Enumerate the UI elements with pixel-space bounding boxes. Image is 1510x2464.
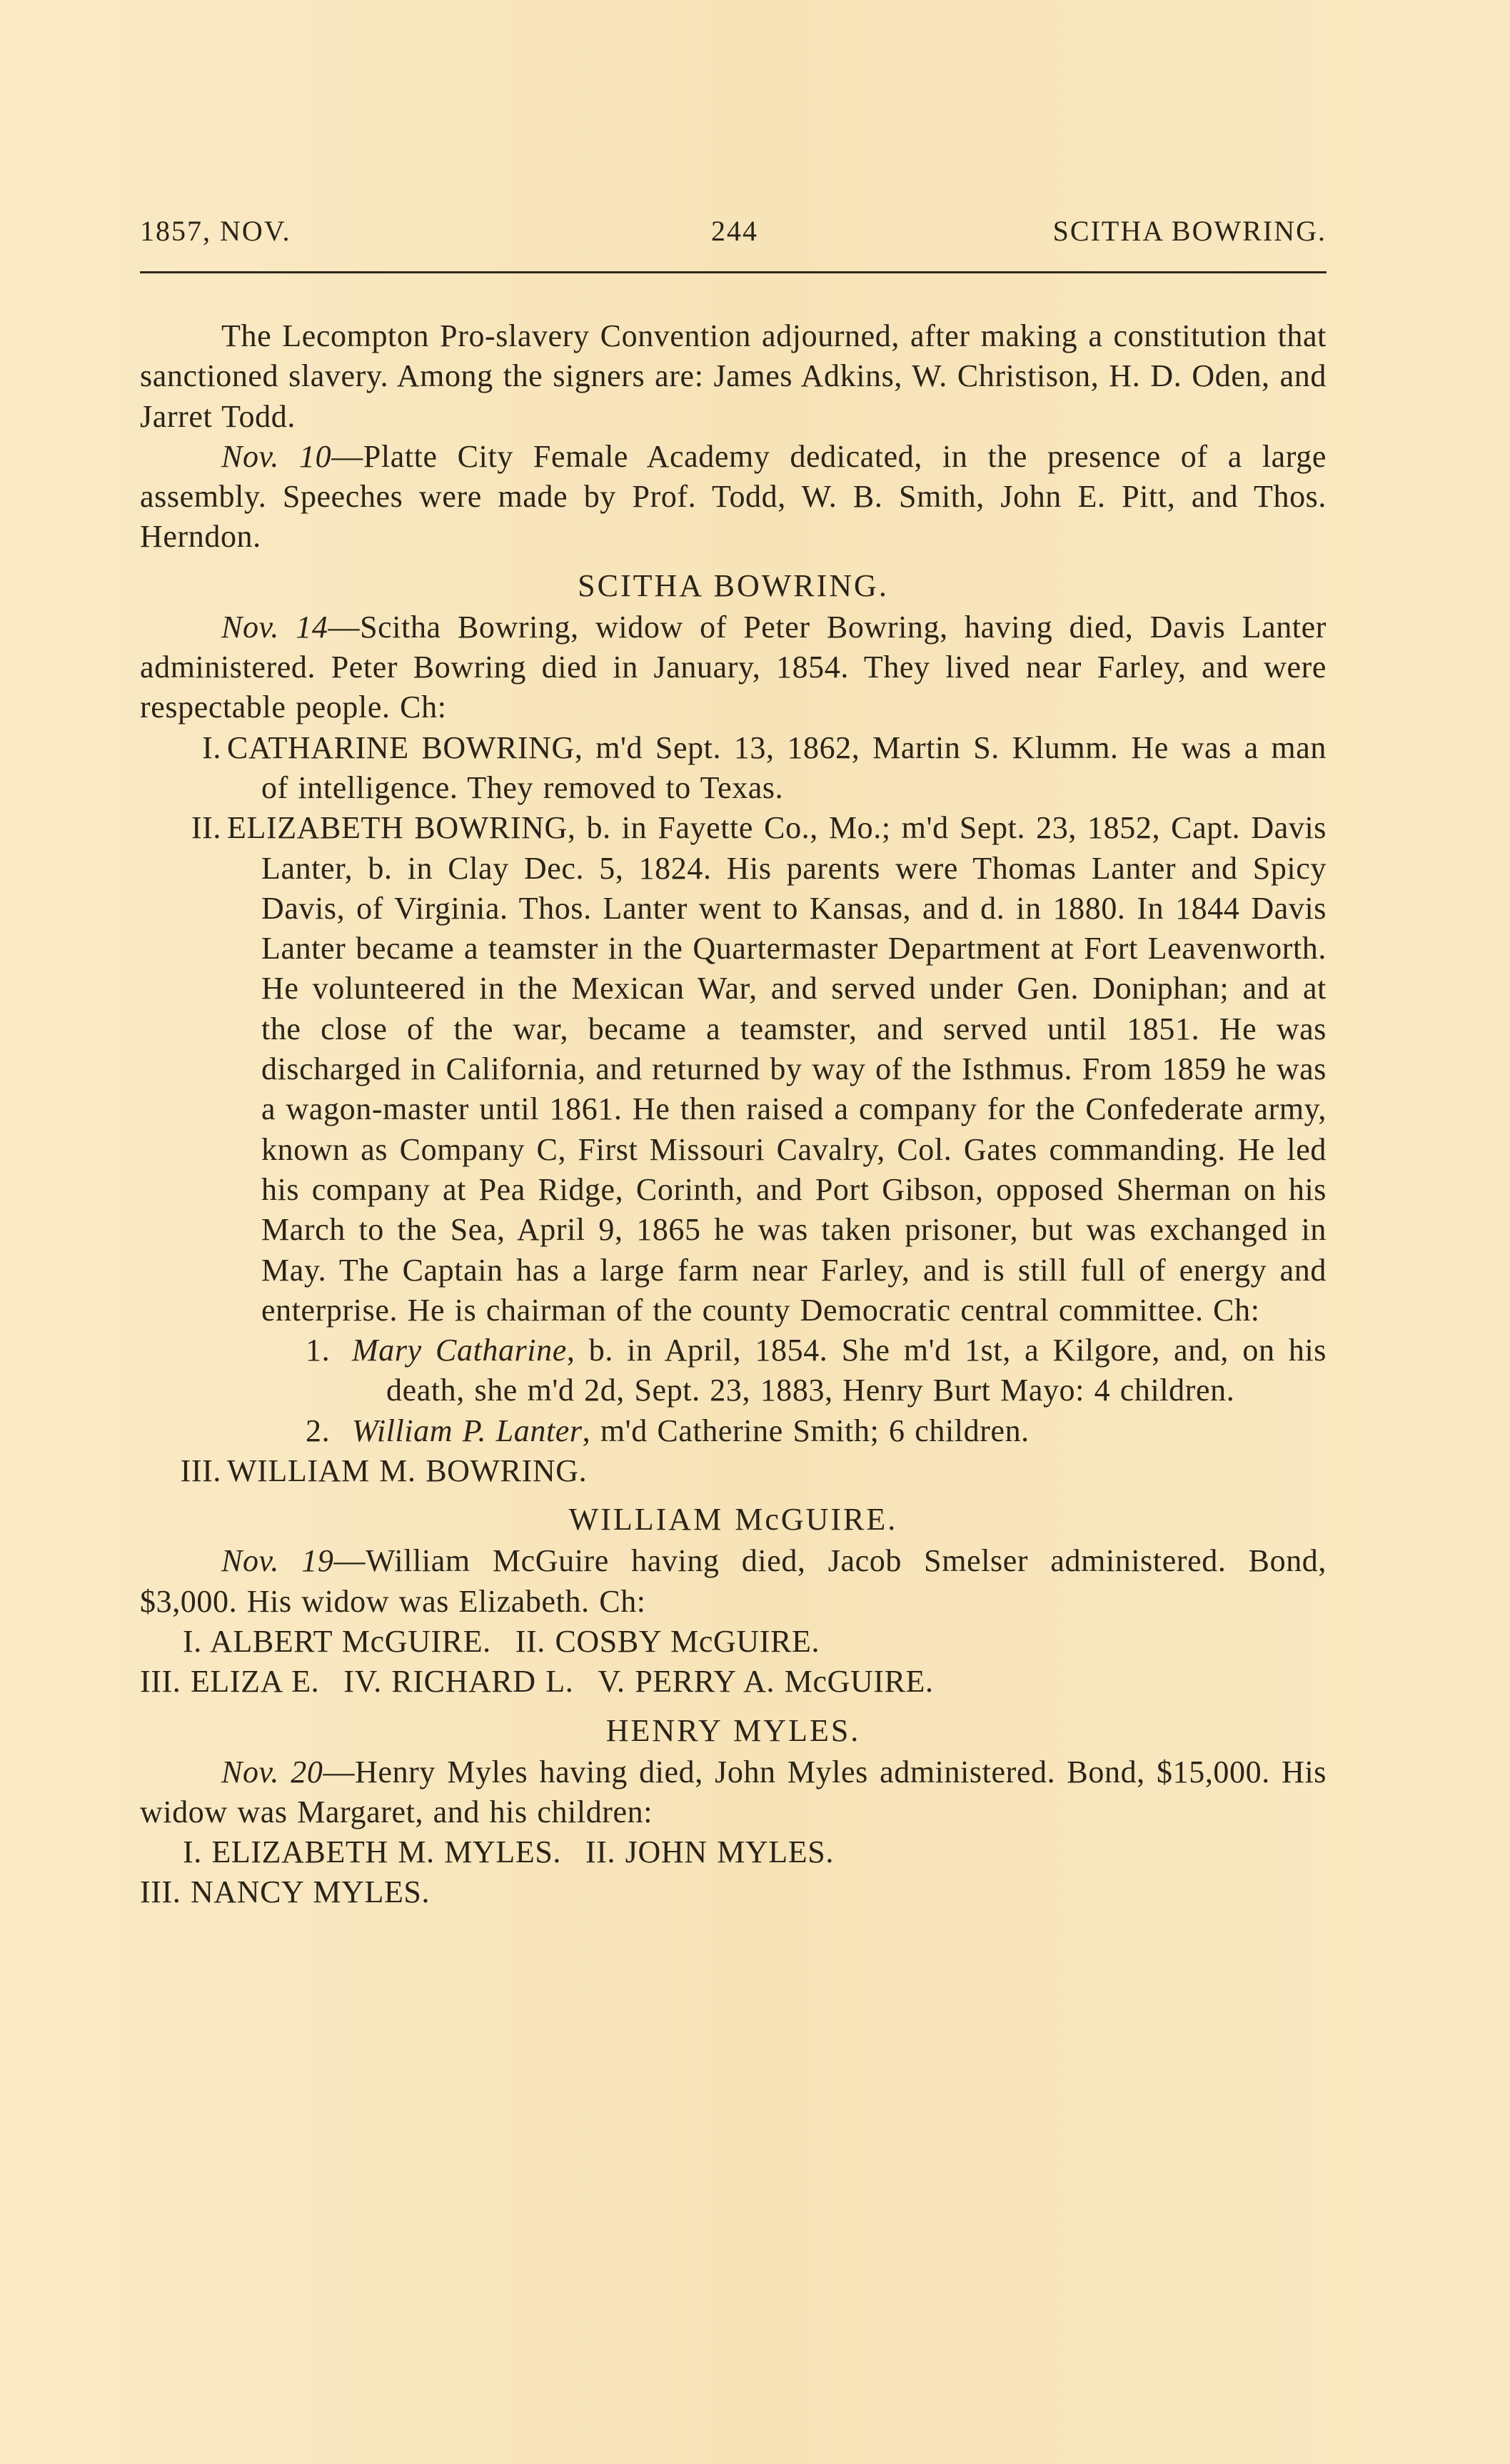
- roman-numeral: III.: [140, 1451, 221, 1491]
- entry-paragraph: Nov. 19—William McGuire having died, Jac…: [140, 1541, 1327, 1622]
- roman-numeral: I.: [140, 728, 221, 768]
- section-william-mcguire: WILLIAM McGUIRE. Nov. 19—William McGuire…: [140, 1498, 1327, 1702]
- child-entry-catharine: I.CATHARINE BOWRING, m'd Sept. 13, 1862,…: [140, 728, 1327, 809]
- child-entry-elizabeth: II.ELIZABETH BOWRING, b. in Fayette Co.,…: [140, 808, 1327, 1331]
- child-entry-william-m: III.WILLIAM M. BOWRING.: [140, 1451, 1327, 1491]
- header-rule: [140, 271, 1327, 273]
- children-list-line: I. ALBERT McGUIRE.II. COSBY McGUIRE.: [140, 1622, 1327, 1662]
- running-head-date: 1857, NOV.: [140, 214, 291, 248]
- children-list-line: III. NANCY MYLES.: [140, 1872, 1327, 1912]
- entry-date: Nov. 14: [221, 610, 328, 645]
- entry-paragraph: Nov. 20—Henry Myles having died, John My…: [140, 1752, 1327, 1833]
- arabic-numeral: 2.: [306, 1411, 330, 1451]
- section-heading: WILLIAM McGUIRE.: [140, 1498, 1327, 1541]
- intro-paragraph-lecompton: The Lecompton Pro-slavery Convention adj…: [140, 316, 1327, 437]
- section-scitha-bowring: SCITHA BOWRING. Nov. 14—Scitha Bowring, …: [140, 565, 1327, 1492]
- grandchild-name: William P. Lanter: [352, 1413, 583, 1448]
- section-heading: SCITHA BOWRING.: [140, 565, 1327, 607]
- running-head-title: SCITHA BOWRING.: [1053, 214, 1327, 248]
- entry-date: Nov. 10: [221, 439, 331, 474]
- children-list-line: III. ELIZA E.IV. RICHARD L.V. PERRY A. M…: [140, 1662, 1327, 1702]
- grandchild-entry-william-p-lanter: 2.William P. Lanter, m'd Catherine Smith…: [140, 1411, 1327, 1451]
- entry-date: Nov. 19: [221, 1543, 333, 1578]
- child-name: II. JOHN MYLES.: [585, 1834, 834, 1869]
- grandchild-entry-mary-catharine: 1.Mary Catharine, b. in April, 1854. She…: [140, 1331, 1327, 1411]
- child-name: V. PERRY A. McGUIRE.: [598, 1664, 933, 1699]
- section-heading: HENRY MYLES.: [140, 1710, 1327, 1752]
- grandchild-text: , m'd Catherine Smith; 6 children.: [583, 1413, 1030, 1448]
- child-name: I. ELIZABETH M. MYLES.: [183, 1834, 561, 1869]
- child-text: CATHARINE BOWRING, m'd Sept. 13, 1862, M…: [227, 730, 1327, 805]
- grandchild-name: Mary Catharine: [352, 1333, 567, 1368]
- child-name: IV. RICHARD L.: [343, 1664, 573, 1699]
- running-head: 1857, NOV. 244 SCITHA BOWRING.: [140, 214, 1327, 257]
- child-name: II. COSBY McGUIRE.: [515, 1624, 820, 1659]
- page-number: 244: [711, 214, 758, 248]
- child-name: I. ALBERT McGUIRE.: [183, 1624, 491, 1659]
- child-text: WILLIAM M. BOWRING.: [227, 1453, 587, 1488]
- roman-numeral: II.: [140, 808, 221, 848]
- arabic-numeral: 1.: [306, 1331, 330, 1370]
- child-name: III. NANCY MYLES.: [140, 1874, 430, 1909]
- intro-paragraph-academy: Nov. 10—Platte City Female Academy dedic…: [140, 437, 1327, 557]
- page-body: The Lecompton Pro-slavery Convention adj…: [140, 316, 1327, 1913]
- child-name: III. ELIZA E.: [140, 1664, 319, 1699]
- children-list-line: I. ELIZABETH M. MYLES.II. JOHN MYLES.: [140, 1832, 1327, 1872]
- entry-date: Nov. 20: [221, 1754, 323, 1789]
- section-henry-myles: HENRY MYLES. Nov. 20—Henry Myles having …: [140, 1710, 1327, 1913]
- child-text: ELIZABETH BOWRING, b. in Fayette Co., Mo…: [227, 810, 1327, 1328]
- entry-paragraph: Nov. 14—Scitha Bowring, widow of Peter B…: [140, 607, 1327, 728]
